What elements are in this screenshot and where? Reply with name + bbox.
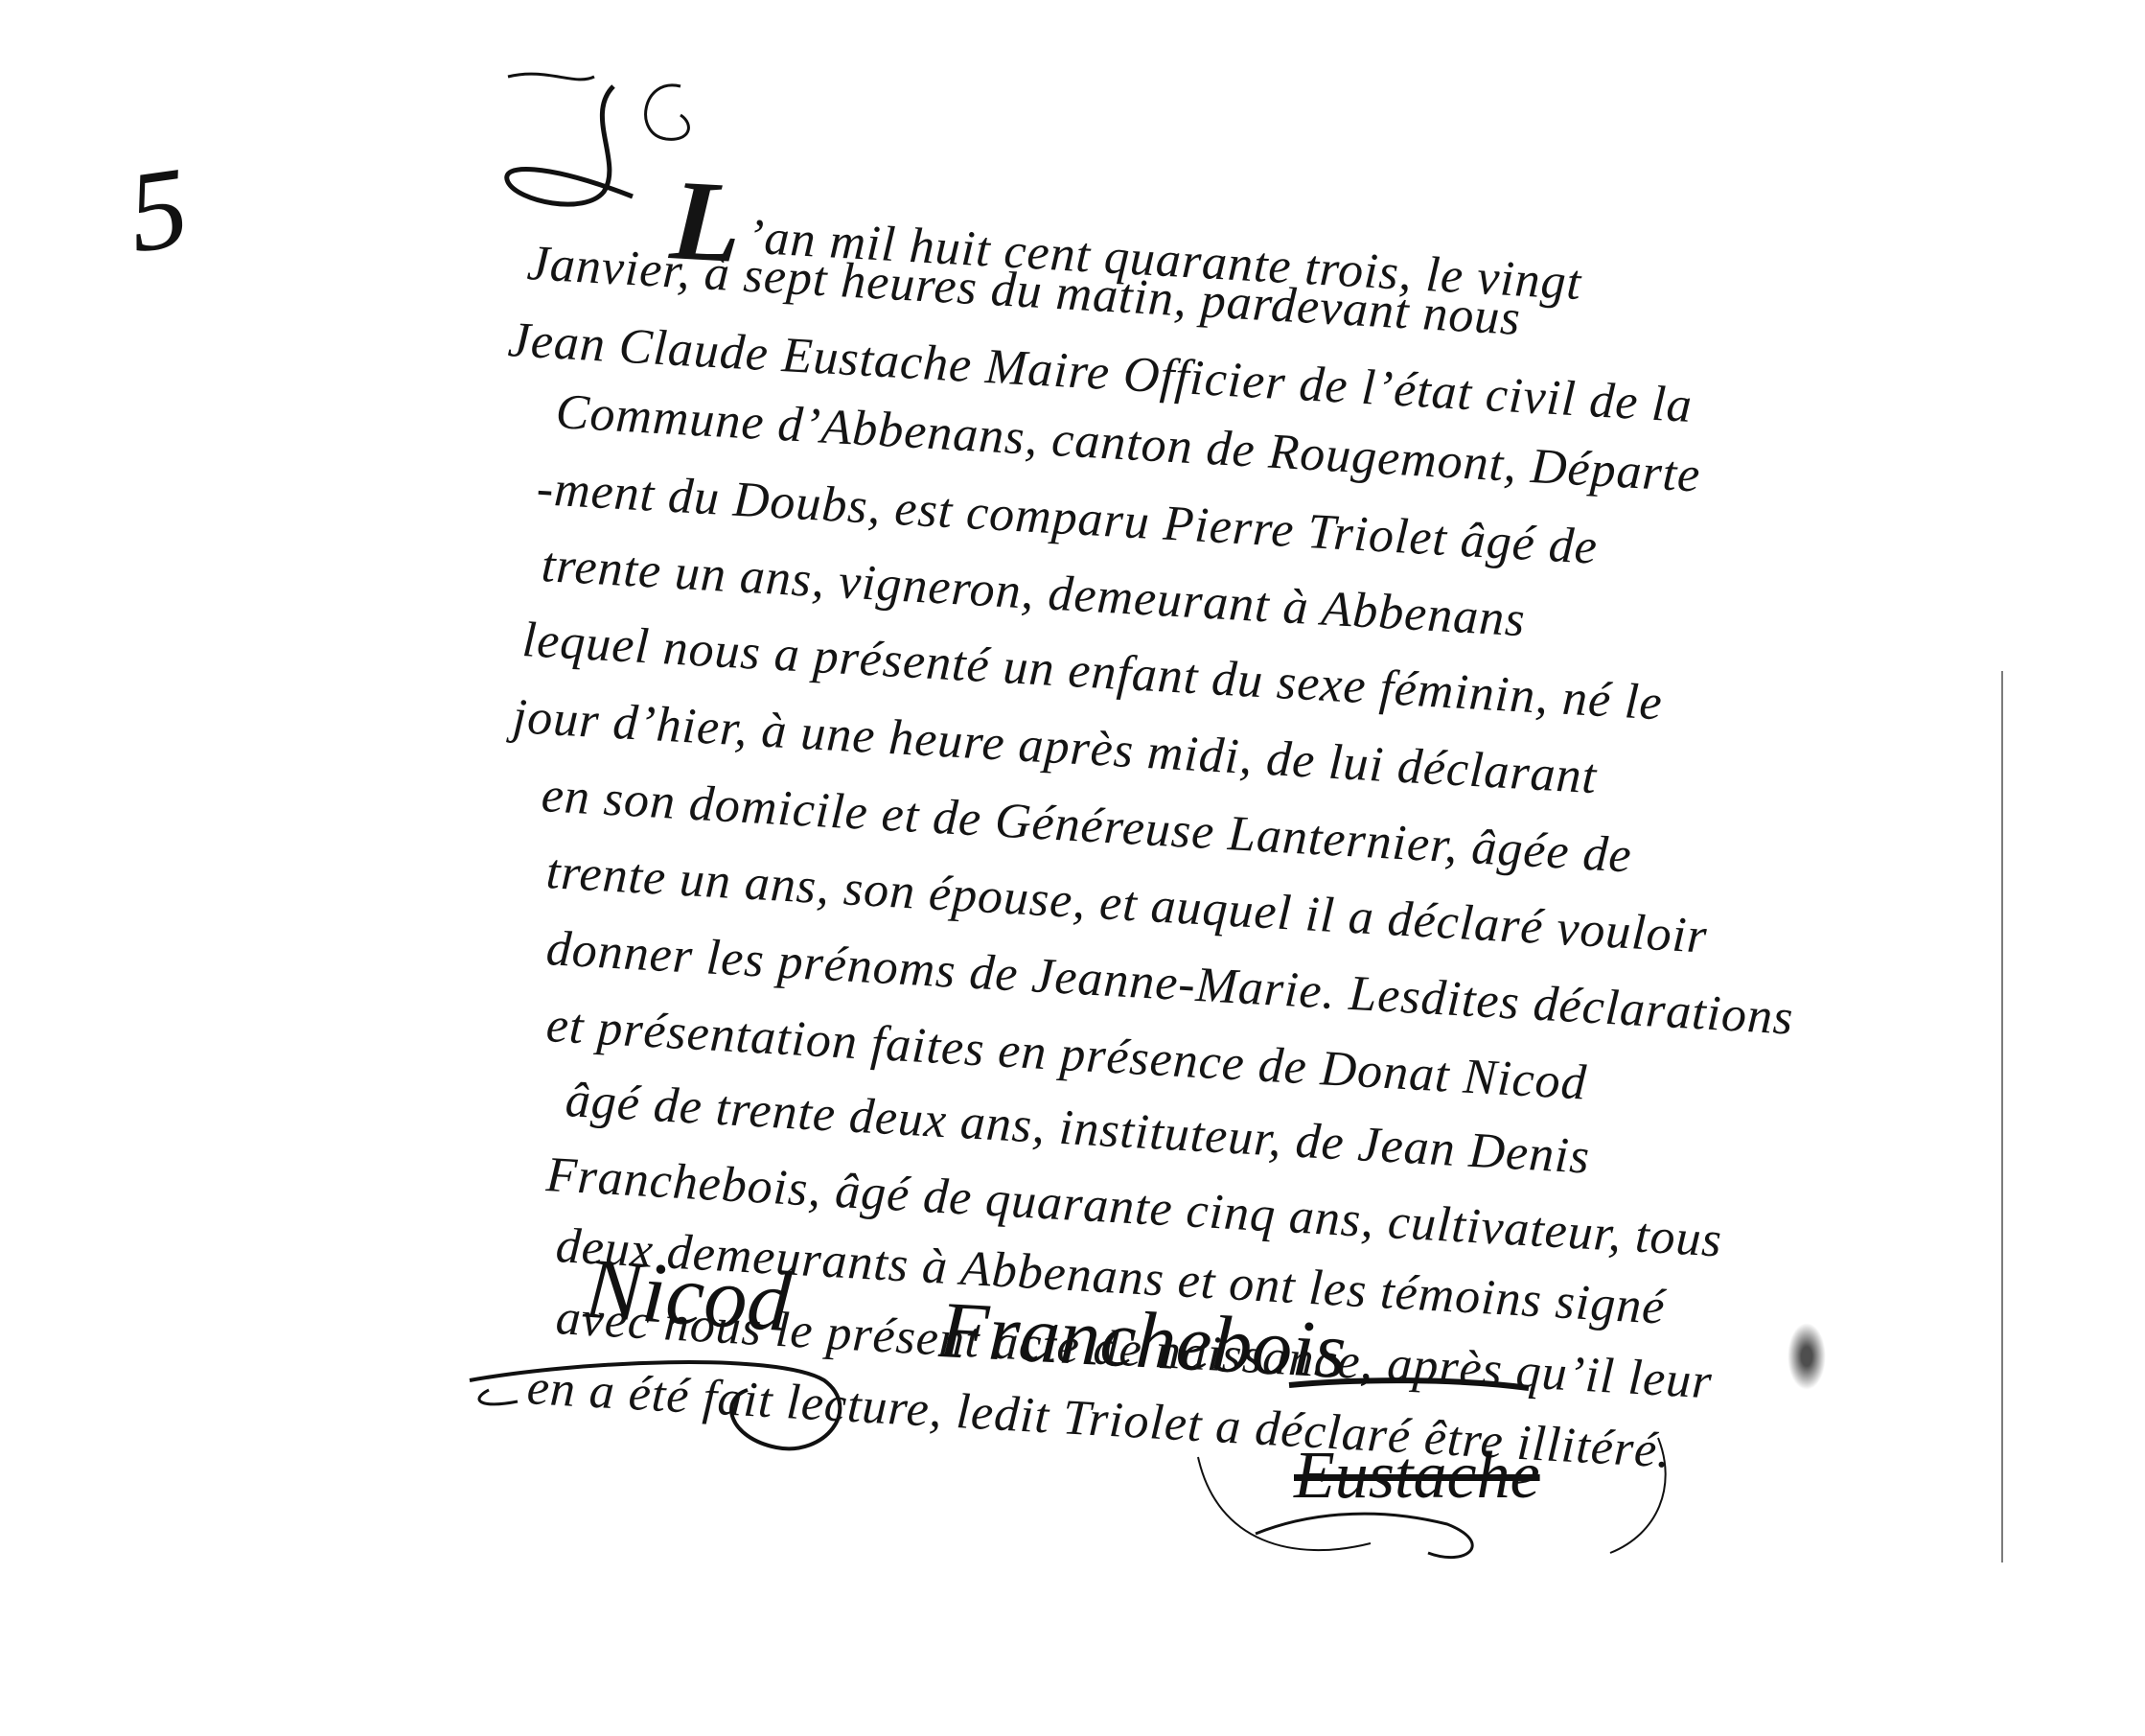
signature-flourish-icon xyxy=(460,1342,939,1476)
scanned-document-page: 5 L’an mil huit cent quarante trois, le … xyxy=(0,0,2145,1736)
signature-underline-icon xyxy=(1284,1371,1534,1400)
page-edge-rule xyxy=(2001,671,2003,1562)
signature-nicod: Nicod xyxy=(582,1239,795,1353)
entry-number: 5 xyxy=(121,140,196,279)
paraph-flourish-icon xyxy=(1179,1400,1696,1572)
ink-blot xyxy=(1787,1323,1826,1390)
